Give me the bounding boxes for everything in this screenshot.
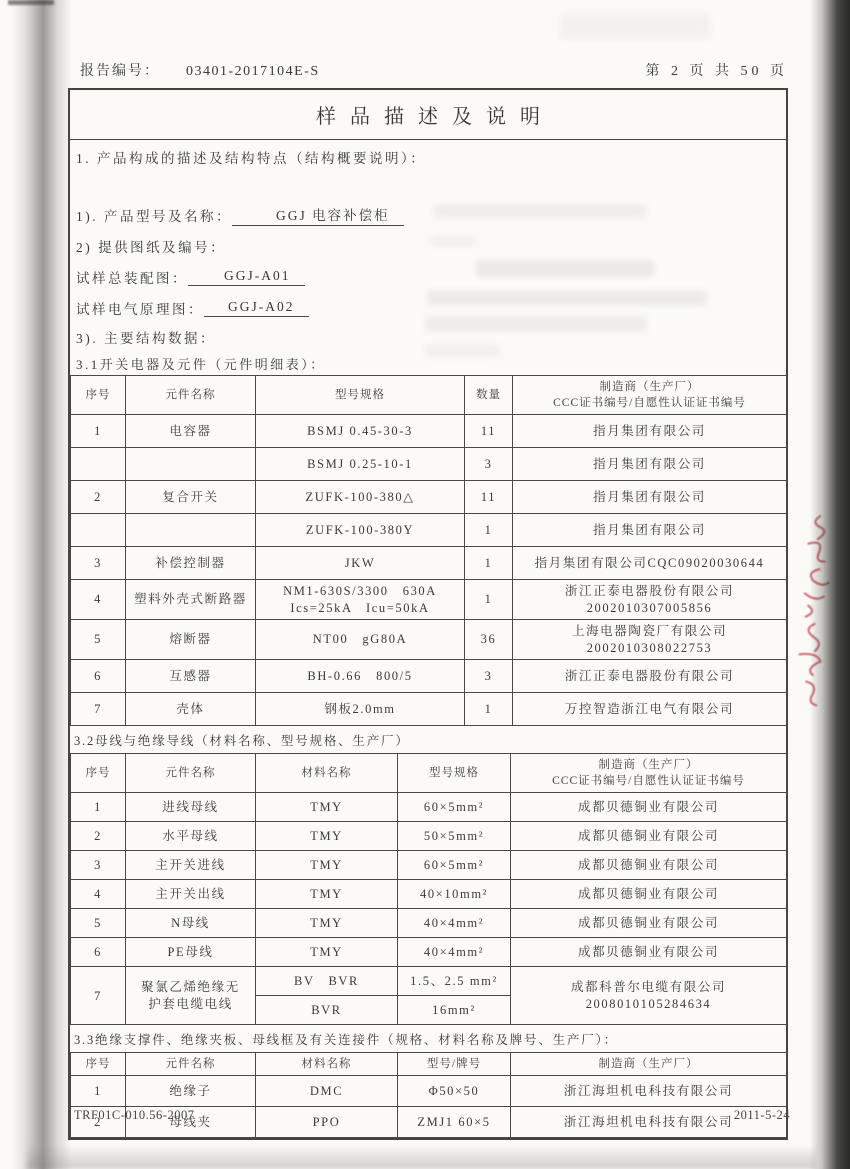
column-header: 制造商（生产厂） (511, 1053, 787, 1076)
table-cell: N母线 (126, 909, 256, 938)
table-row: 5N母线TMY40×4mm²成都贝德铜业有限公司 (71, 909, 787, 938)
section-1-heading: 1. 产品构成的描述及结构特点（结构概要说明）： (76, 149, 786, 169)
table-cell: 1 (465, 547, 513, 580)
table-cell: 成都贝德铜业有限公司 (511, 909, 787, 938)
table-cell (126, 448, 256, 481)
table-cell: 成都贝德铜业有限公司 (511, 822, 787, 851)
column-header: 型号/牌号 (398, 1053, 511, 1076)
table-row: 6互感器BH-0.66 800/53浙江正泰电器股份有限公司 (71, 660, 787, 693)
components-heading-line: 3.1开关电器及元件（元件明细表）： (70, 351, 786, 375)
table-cell: 1 (71, 1076, 126, 1107)
product-model-line: 1). 产品型号及名称： GGJ 电容补偿柜 (70, 199, 786, 230)
table-cell: 熔断器 (126, 620, 256, 660)
table-cell: 50×5mm² (398, 822, 511, 851)
table-cell: 电容器 (126, 415, 256, 448)
table-cell: 4 (71, 880, 126, 909)
table-cell: 浙江正泰电器股份有限公司 2002010307005856 (513, 580, 787, 620)
table-cell: 上海电器陶瓷厂有限公司 2002010308022753 (513, 620, 787, 660)
components-table: 序号元件名称型号规格数量制造商（生产厂） CCC证书编号/自愿性认证证书编号1电… (70, 375, 787, 726)
table-cell: 5 (71, 909, 126, 938)
page-edge-shadow (810, 0, 850, 1169)
table-cell: 聚氯乙烯绝缘无 护套电缆电线 (126, 967, 256, 1025)
column-header: 元件名称 (126, 376, 256, 415)
table-cell (71, 514, 126, 547)
table-cell (71, 448, 126, 481)
table-cell: 40×4mm² (398, 909, 511, 938)
table-cell: 浙江正泰电器股份有限公司 (513, 660, 787, 693)
table-cell: 1 (465, 580, 513, 620)
table-row: 2水平母线TMY50×5mm²成都贝德铜业有限公司 (71, 822, 787, 851)
column-header: 序号 (71, 1053, 126, 1076)
table-row: 2复合开关ZUFK-100-380△11指月集团有限公司 (71, 481, 787, 514)
product-model-label: 1). 产品型号及名称： (76, 205, 232, 225)
table-cell: TMY (256, 851, 398, 880)
table-cell: 浙江海坦机电科技有限公司 (511, 1076, 787, 1107)
table-cell: 3 (71, 547, 126, 580)
insulators-table: 序号元件名称材料名称型号/牌号制造商（生产厂）1绝缘子DMCΦ50×50浙江海坦… (70, 1052, 787, 1138)
table-cell: TMY (256, 909, 398, 938)
table-cell: 2 (71, 822, 126, 851)
insulators-heading: 3.3绝缘支撑件、绝缘夹板、母线框及有关连接件（规格、材料名称及牌号、生产厂）： (70, 1025, 786, 1052)
column-header: 序号 (71, 376, 126, 415)
table-cell: 6 (71, 938, 126, 967)
table-cell: 1 (71, 793, 126, 822)
column-header: 制造商（生产厂） CCC证书编号/自愿性认证证书编号 (513, 376, 787, 415)
table-cell: ZUFK-100-380△ (256, 481, 465, 514)
table-cell: 16mm² (398, 996, 511, 1025)
field-block: 1). 产品型号及名称： GGJ 电容补偿柜 2) 提供图纸及编号： 试样总装配… (70, 199, 786, 375)
column-header: 型号规格 (398, 754, 511, 793)
table-cell: TMY (256, 822, 398, 851)
table-cell: 指月集团有限公司 (513, 415, 787, 448)
table-cell (126, 514, 256, 547)
table-cell: 11 (465, 481, 513, 514)
busbars-table: 序号元件名称材料名称型号规格制造商（生产厂） CCC证书编号/自愿性认证证书编号… (70, 753, 787, 1025)
table-cell: BH-0.66 800/5 (256, 660, 465, 693)
table-row: 3主开关进线TMY60×5mm²成都贝德铜业有限公司 (71, 851, 787, 880)
table-cell: 成都贝德铜业有限公司 (511, 793, 787, 822)
table-row: 7壳体钢板2.0mm1万控智造浙江电气有限公司 (71, 693, 787, 726)
assembly-drawing-label: 试样总装配图： (76, 267, 188, 287)
table-header-row: 序号元件名称型号规格数量制造商（生产厂） CCC证书编号/自愿性认证证书编号 (71, 376, 787, 415)
table-cell: 指月集团有限公司 (513, 448, 787, 481)
table-cell: 互感器 (126, 660, 256, 693)
busbars-heading: 3.2母线与绝缘导线（材料名称、型号规格、生产厂） (70, 726, 786, 753)
scanned-report-page: 报告编号：03401-2017104E-S 第 2 页 共 50 页 样品描述及… (0, 0, 850, 1169)
binding-shadow (12, 0, 72, 1169)
bottom-scan-shadow (26, 1145, 816, 1169)
table-row: 3补偿控制器JKW1指月集团有限公司CQC09020030644 (71, 547, 787, 580)
column-header: 材料名称 (256, 754, 398, 793)
table-cell: 1 (71, 415, 126, 448)
table-cell: 塑料外壳式断路器 (126, 580, 256, 620)
table-cell: 60×5mm² (398, 851, 511, 880)
table-cell: 主开关进线 (126, 851, 256, 880)
table-cell: 指月集团有限公司 (513, 514, 787, 547)
table-row: 1进线母线TMY60×5mm²成都贝德铜业有限公司 (71, 793, 787, 822)
drawings-line: 2) 提供图纸及编号： (70, 230, 786, 261)
table-cell: 钢板2.0mm (256, 693, 465, 726)
table-cell: NM1-630S/3300 630A Ics=25kA Icu=50kA (256, 580, 465, 620)
column-header: 元件名称 (126, 1053, 256, 1076)
components-heading: 3.1开关电器及元件（元件明细表）： (76, 354, 326, 373)
table-cell: 1.5、2.5 mm² (398, 967, 511, 996)
report-header: 报告编号：03401-2017104E-S 第 2 页 共 50 页 (80, 60, 790, 80)
table-cell: PE母线 (126, 938, 256, 967)
table-cell: 40×4mm² (398, 938, 511, 967)
table-cell: BSMJ 0.45-30-3 (256, 415, 465, 448)
table-cell: 4 (71, 580, 126, 620)
page-indicator: 第 2 页 共 50 页 (646, 60, 789, 80)
product-model-value: GGJ 电容补偿柜 (232, 204, 404, 226)
table-cell: 成都贝德铜业有限公司 (511, 851, 787, 880)
table-cell: 壳体 (126, 693, 256, 726)
column-header: 制造商（生产厂） CCC证书编号/自愿性认证证书编号 (511, 754, 787, 793)
table-cell: 6 (71, 660, 126, 693)
table-cell: 11 (465, 415, 513, 448)
table-cell: 3 (71, 851, 126, 880)
schematic-line: 试样电气原理图： GGJ-A02 (70, 292, 786, 323)
table-header-row: 序号元件名称材料名称型号/牌号制造商（生产厂） (71, 1053, 787, 1076)
schematic-label: 试样电气原理图： (76, 298, 204, 318)
table-cell: ZUFK-100-380Y (256, 514, 465, 547)
table-cell: 万控智造浙江电气有限公司 (513, 693, 787, 726)
table-cell: 3 (465, 448, 513, 481)
table-cell: TMY (256, 938, 398, 967)
table-cell: DMC (256, 1076, 398, 1107)
table-cell: 进线母线 (126, 793, 256, 822)
report-no-label: 报告编号： (80, 64, 160, 79)
table-cell: 40×10mm² (398, 880, 511, 909)
report-no-value: 03401-2017104E-S (186, 64, 320, 79)
table-cell: 绝缘子 (126, 1076, 256, 1107)
table-row: BSMJ 0.25-10-13指月集团有限公司 (71, 448, 787, 481)
table-cell: 7 (71, 693, 126, 726)
table-cell: BVR (256, 996, 398, 1025)
structure-data-line: 3). 主要结构数据： (70, 323, 786, 351)
table-cell: 成都贝德铜业有限公司 (511, 938, 787, 967)
table-cell: 3 (465, 660, 513, 693)
schematic-value: GGJ-A02 (204, 299, 309, 317)
table-cell: 成都贝德铜业有限公司 (511, 880, 787, 909)
table-cell: 水平母线 (126, 822, 256, 851)
table-cell: 指月集团有限公司 (513, 481, 787, 514)
content-frame: 样品描述及说明 1. 产品构成的描述及结构特点（结构概要说明）： 1). 产品型… (68, 88, 788, 1140)
table-cell: JKW (256, 547, 465, 580)
table-cell: 1 (465, 693, 513, 726)
table-cell: 60×5mm² (398, 793, 511, 822)
column-header: 元件名称 (126, 754, 256, 793)
table-row: 6PE母线TMY40×4mm²成都贝德铜业有限公司 (71, 938, 787, 967)
column-header: 数量 (465, 376, 513, 415)
table-cell: 36 (465, 620, 513, 660)
form-code: TRF01C-010.56-2007 (74, 1108, 194, 1122)
footer-date: 2011-5-24 (734, 1108, 790, 1123)
structure-data-label: 3). 主要结构数据： (76, 327, 216, 347)
page-footer: TRF01C-010.56-2007 2011-5-24 (74, 1108, 790, 1123)
table-cell: TMY (256, 880, 398, 909)
table-row: 4塑料外壳式断路器NM1-630S/3300 630A Ics=25kA Icu… (71, 580, 787, 620)
table-row: ZUFK-100-380Y1指月集团有限公司 (71, 514, 787, 547)
document-title: 样品描述及说明 (70, 90, 786, 140)
column-header: 材料名称 (256, 1053, 398, 1076)
table-row: 5熔断器NT00 gG80A36上海电器陶瓷厂有限公司 200201030802… (71, 620, 787, 660)
table-cell: 指月集团有限公司CQC09020030644 (513, 547, 787, 580)
table-cell: TMY (256, 793, 398, 822)
table-cell: Φ50×50 (398, 1076, 511, 1107)
table-cell: 5 (71, 620, 126, 660)
table-row: 7聚氯乙烯绝缘无 护套电缆电线BV BVR1.5、2.5 mm²成都科普尔电缆有… (71, 967, 787, 996)
table-row: 1电容器BSMJ 0.45-30-311指月集团有限公司 (71, 415, 787, 448)
column-header: 序号 (71, 754, 126, 793)
table-cell: 2 (71, 481, 126, 514)
bleedthrough-smudge (560, 14, 710, 40)
table-cell: 主开关出线 (126, 880, 256, 909)
table-cell: BV BVR (256, 967, 398, 996)
table-cell: BSMJ 0.25-10-1 (256, 448, 465, 481)
table-row: 4主开关出线TMY40×10mm²成都贝德铜业有限公司 (71, 880, 787, 909)
assembly-drawing-line: 试样总装配图： GGJ-A01 (70, 261, 786, 292)
assembly-drawing-value: GGJ-A01 (188, 268, 305, 286)
table-cell: 复合开关 (126, 481, 256, 514)
table-cell: 1 (465, 514, 513, 547)
table-header-row: 序号元件名称材料名称型号规格制造商（生产厂） CCC证书编号/自愿性认证证书编号 (71, 754, 787, 793)
column-header: 型号规格 (256, 376, 465, 415)
drawings-label: 2) 提供图纸及编号： (76, 236, 226, 256)
table-cell: 补偿控制器 (126, 547, 256, 580)
table-cell: 成都科普尔电缆有限公司 2008010105284634 (511, 967, 787, 1025)
table-cell: 7 (71, 967, 126, 1025)
table-row: 1绝缘子DMCΦ50×50浙江海坦机电科技有限公司 (71, 1076, 787, 1107)
table-cell: NT00 gG80A (256, 620, 465, 660)
